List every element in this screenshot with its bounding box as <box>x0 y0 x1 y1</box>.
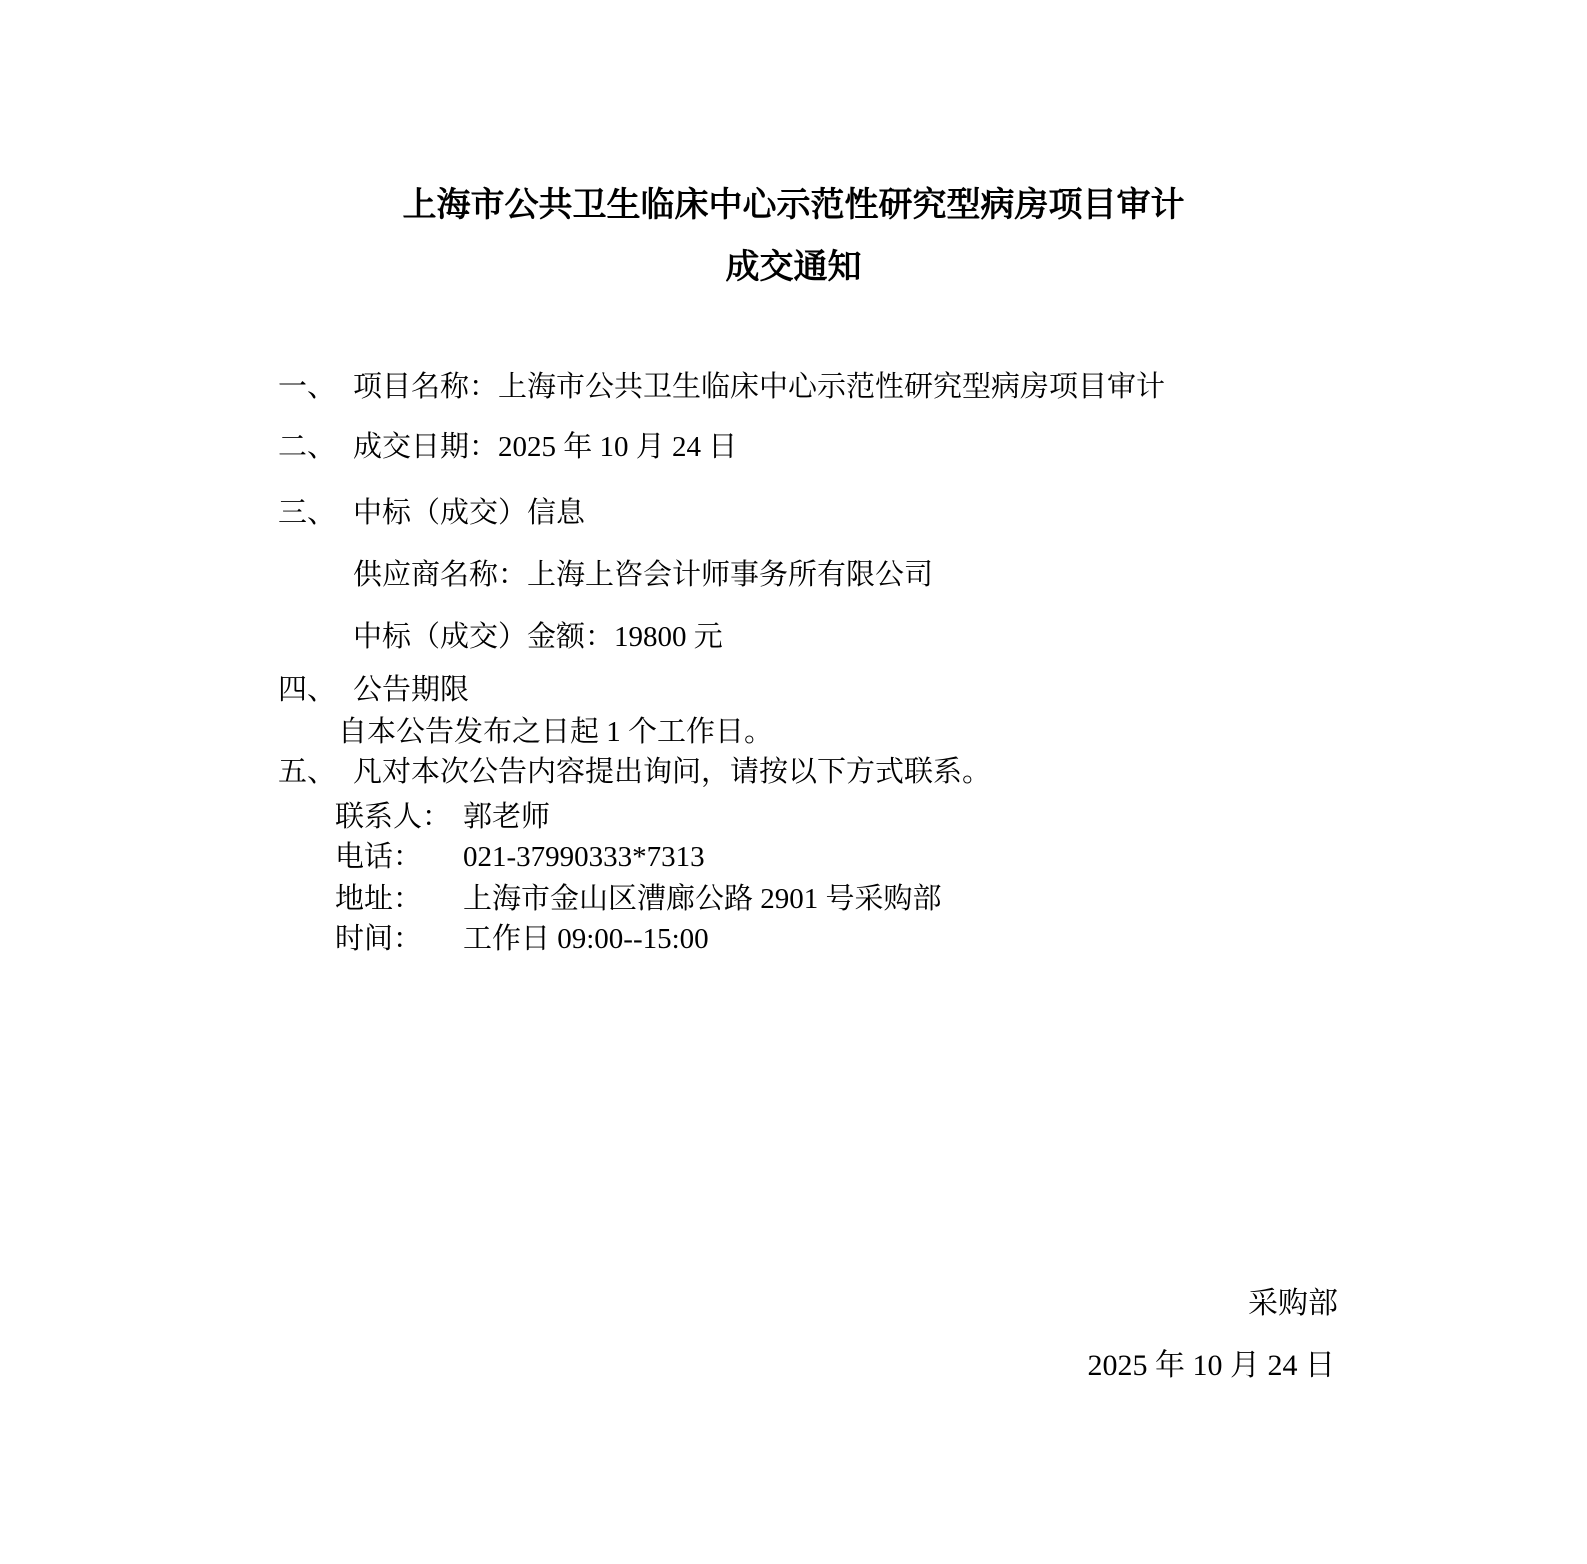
address-label: 地址： <box>335 883 463 915</box>
footer-date: 2025 年 10 月 24 日 <box>1088 1350 1336 1382</box>
document-title-line2: 成交通知 <box>0 249 1587 287</box>
contact-person-value: 郭老师 <box>463 801 550 833</box>
address-value: 上海市金山区漕廊公路 2901 号采购部 <box>463 883 942 915</box>
list-item-4-number: 四、 <box>278 674 353 706</box>
notice-period-body-line: 自本公告发布之日起 1 个工作日。 <box>338 716 773 748</box>
phone-label: 电话： <box>335 841 463 873</box>
list-item-2-award-date: 二、成交日期：2025 年 10 月 24 日 <box>278 431 737 463</box>
list-item-1-project-name: 一、项目名称：上海市公共卫生临床中心示范性研究型病房项目审计 <box>278 371 1165 403</box>
list-item-3-award-info: 三、中标（成交）信息 <box>278 497 585 529</box>
list-item-5-inquiry: 五、凡对本次公告内容提出询问，请按以下方式联系。 <box>278 756 991 788</box>
document-page: 上海市公共卫生临床中心示范性研究型病房项目审计 成交通知 一、项目名称：上海市公… <box>0 0 1587 1564</box>
address-line: 地址：上海市金山区漕廊公路 2901 号采购部 <box>335 883 942 915</box>
list-item-4-text: 公告期限 <box>353 674 469 706</box>
document-title-line1: 上海市公共卫生临床中心示范性研究型病房项目审计 <box>0 187 1587 225</box>
contact-person-label: 联系人： <box>335 801 463 833</box>
list-item-2-text: 成交日期：2025 年 10 月 24 日 <box>353 431 737 463</box>
award-amount-line: 中标（成交）金额：19800 元 <box>353 621 723 653</box>
time-line: 时间：工作日 09:00--15:00 <box>335 923 709 955</box>
list-item-1-text: 项目名称：上海市公共卫生临床中心示范性研究型病房项目审计 <box>353 371 1165 403</box>
supplier-name-line: 供应商名称：上海上咨会计师事务所有限公司 <box>353 559 933 591</box>
list-item-1-number: 一、 <box>278 371 353 403</box>
list-item-5-number: 五、 <box>278 756 353 788</box>
list-item-5-text: 凡对本次公告内容提出询问，请按以下方式联系。 <box>353 756 991 788</box>
list-item-3-text: 中标（成交）信息 <box>353 497 585 529</box>
time-value: 工作日 09:00--15:00 <box>463 923 709 955</box>
list-item-3-number: 三、 <box>278 497 353 529</box>
phone-value: 021-37990333*7313 <box>463 841 705 873</box>
contact-person-line: 联系人：郭老师 <box>335 801 550 833</box>
time-label: 时间： <box>335 923 463 955</box>
footer-department: 采购部 <box>1248 1288 1338 1320</box>
list-item-4-notice-period: 四、公告期限 <box>278 674 469 706</box>
phone-line: 电话：021-37990333*7313 <box>335 841 705 873</box>
list-item-2-number: 二、 <box>278 431 353 463</box>
